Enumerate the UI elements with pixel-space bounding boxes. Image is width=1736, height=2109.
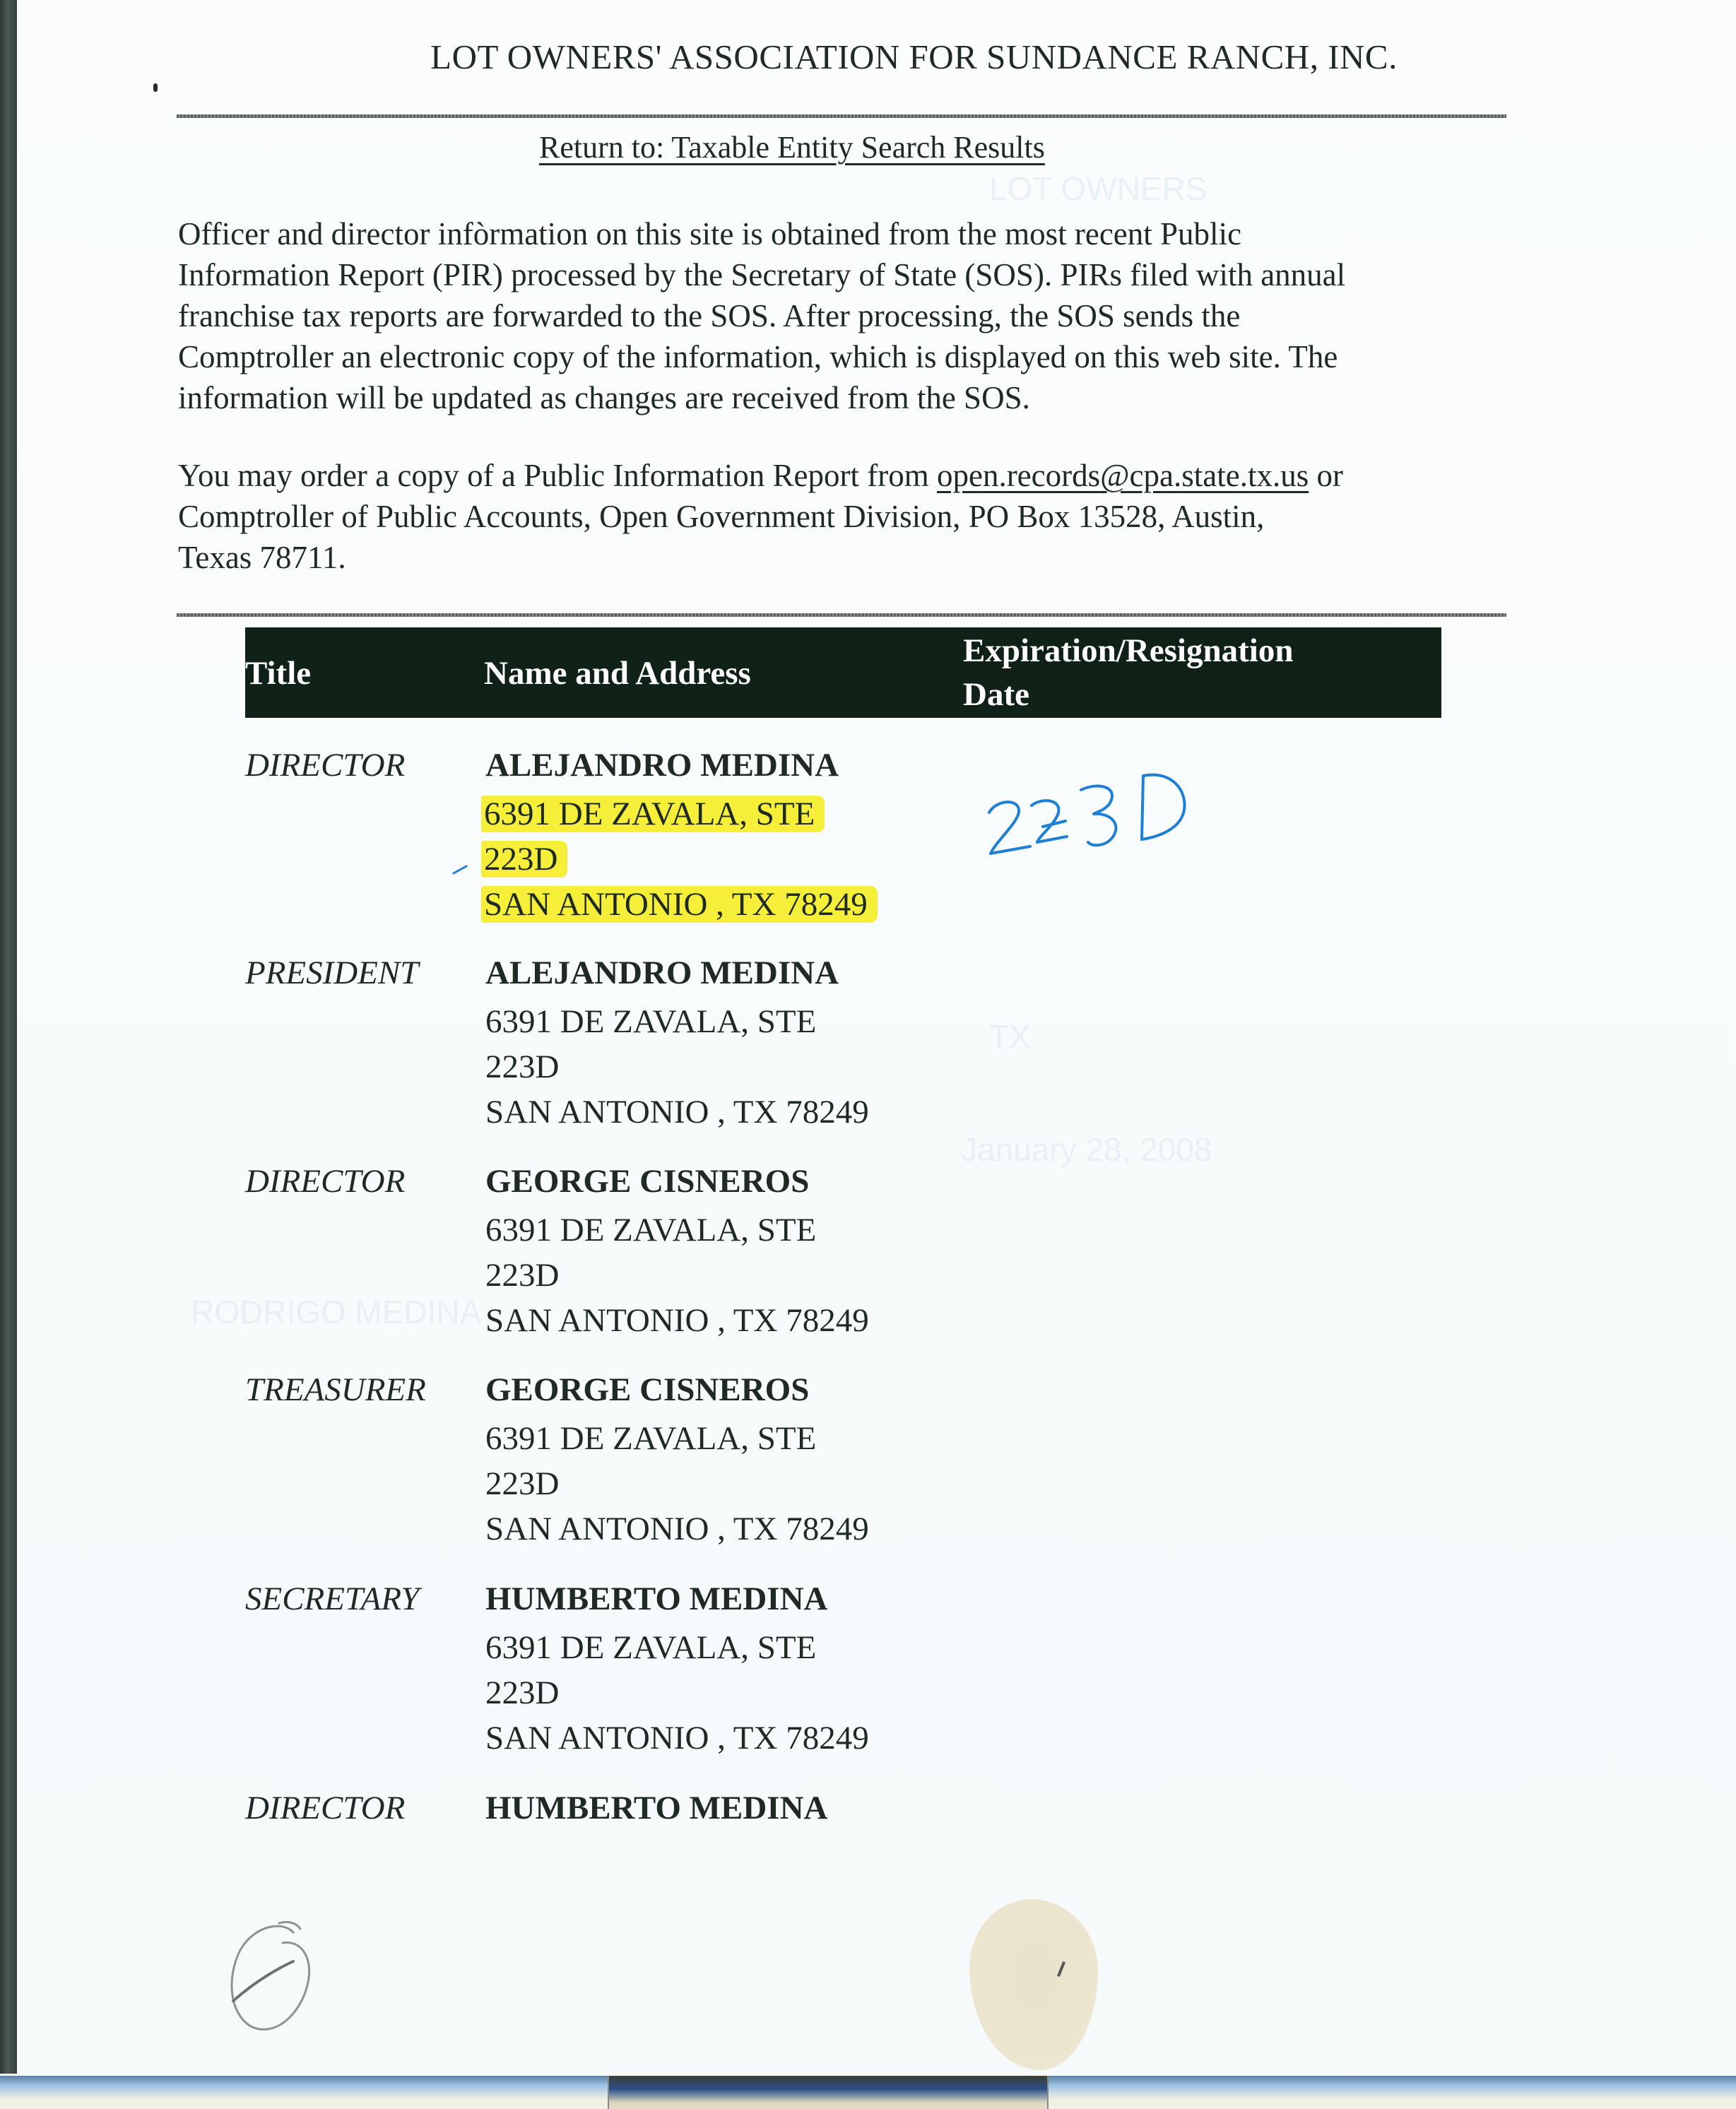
- address-line: 6391 DE ZAVALA, STE: [481, 796, 825, 832]
- bleed-through-text: RODRIGO MEDINA: [191, 1293, 481, 1331]
- officer-address: 6391 DE ZAVALA, STE223DSAN ANTONIO , TX …: [485, 999, 869, 1135]
- divider: [177, 613, 1506, 617]
- officer-address: 6391 DE ZAVALA, STE223DSAN ANTONIO , TX …: [485, 1416, 869, 1552]
- paragraph-line: Information Report (PIR) processed by th…: [178, 254, 1521, 295]
- stain-speck: [1057, 1961, 1065, 1977]
- officer-title: DIRECTOR: [245, 746, 485, 784]
- paragraph-line: Comptroller of Public Accounts, Open Gov…: [178, 496, 1521, 537]
- order-paragraph: You may order a copy of a Public Informa…: [178, 455, 1521, 578]
- address-line: 6391 DE ZAVALA, STE: [485, 1629, 816, 1666]
- order-text: You may order a copy of a Public Informa…: [178, 458, 937, 493]
- column-header-name-address: Name and Address: [484, 654, 751, 692]
- email-link[interactable]: open.records@cpa.state.tx.us: [937, 458, 1309, 493]
- officer-title: TREASURER: [245, 1371, 485, 1409]
- paragraph-line: Comptroller an electronic copy of the in…: [178, 336, 1521, 377]
- page-title: LOT OWNERS' ASSOCIATION FOR SUNDANCE RAN…: [0, 37, 1736, 77]
- address-line: 223D: [481, 841, 567, 878]
- address-line: SAN ANTONIO , TX 78249: [485, 1511, 869, 1547]
- officer-title: DIRECTOR: [245, 1162, 485, 1200]
- bleed-through-text: TX: [989, 1017, 1031, 1056]
- officer-name: ALEJANDRO MEDINA: [485, 746, 839, 784]
- officer-address: 6391 DE ZAVALA, STE223DSAN ANTONIO , TX …: [485, 1207, 869, 1343]
- officer-name: HUMBERTO MEDINA: [485, 1789, 827, 1827]
- officer-address: 6391 DE ZAVALA, STE223DSAN ANTONIO , TX …: [485, 1625, 869, 1761]
- bleed-through-text: LOT OWNERS: [989, 170, 1207, 208]
- bleed-through-text: January 28, 2008: [961, 1130, 1212, 1169]
- address-line: SAN ANTONIO , TX 78249: [481, 886, 878, 923]
- paragraph-line: Officer and director infòrmation on this…: [178, 213, 1521, 254]
- column-header-title: Title: [245, 654, 311, 692]
- stray-mark: [153, 83, 158, 92]
- return-to-search-results-link[interactable]: Return to: Taxable Entity Search Results: [539, 129, 1045, 165]
- address-line: SAN ANTONIO , TX 78249: [485, 1094, 869, 1130]
- officer-title: PRESIDENT: [245, 954, 485, 992]
- info-paragraph: Officer and director infòrmation on this…: [178, 213, 1521, 418]
- scanner-clip: [608, 2076, 1049, 2109]
- address-line: 6391 DE ZAVALA, STE: [485, 1420, 816, 1457]
- ink-tick-mark: [452, 863, 469, 876]
- officer-name: GEORGE CISNEROS: [485, 1162, 809, 1200]
- officer-name: ALEJANDRO MEDINA: [485, 954, 839, 992]
- officer-name: GEORGE CISNEROS: [485, 1371, 809, 1409]
- handwritten-note-223d: [975, 763, 1272, 862]
- order-text-tail: or: [1309, 458, 1343, 493]
- pencil-circle-check-icon: [212, 1908, 325, 2035]
- address-line: 6391 DE ZAVALA, STE: [485, 1212, 816, 1248]
- column-header-expiration-line2: Date: [963, 673, 1293, 716]
- officers-table-header: Title Name and Address Expiration/Resign…: [245, 627, 1441, 718]
- paragraph-line: information will be updated as changes a…: [178, 377, 1521, 418]
- address-line: 223D: [485, 1465, 559, 1502]
- scan-edge-shadow: [0, 0, 17, 2074]
- scanner-bed-edge: [0, 2076, 1736, 2109]
- paragraph-line: You may order a copy of a Public Informa…: [178, 455, 1521, 496]
- officer-name: HUMBERTO MEDINA: [485, 1580, 827, 1618]
- officer-title: DIRECTOR: [245, 1789, 485, 1827]
- column-header-expiration: Expiration/Resignation Date: [963, 629, 1293, 716]
- officer-address: 6391 DE ZAVALA, STE223DSAN ANTONIO , TX …: [485, 791, 878, 927]
- address-line: SAN ANTONIO , TX 78249: [485, 1302, 869, 1339]
- address-line: 223D: [485, 1674, 559, 1711]
- address-line: 6391 DE ZAVALA, STE: [485, 1003, 816, 1040]
- officer-title: SECRETARY: [245, 1580, 485, 1618]
- address-line: 223D: [485, 1257, 559, 1294]
- divider: [177, 114, 1506, 118]
- address-line: SAN ANTONIO , TX 78249: [485, 1720, 869, 1756]
- paragraph-line: Texas 78711.: [178, 537, 1521, 578]
- column-header-expiration-line1: Expiration/Resignation: [963, 629, 1293, 673]
- paragraph-line: franchise tax reports are forwarded to t…: [178, 295, 1521, 336]
- address-line: 223D: [485, 1048, 559, 1085]
